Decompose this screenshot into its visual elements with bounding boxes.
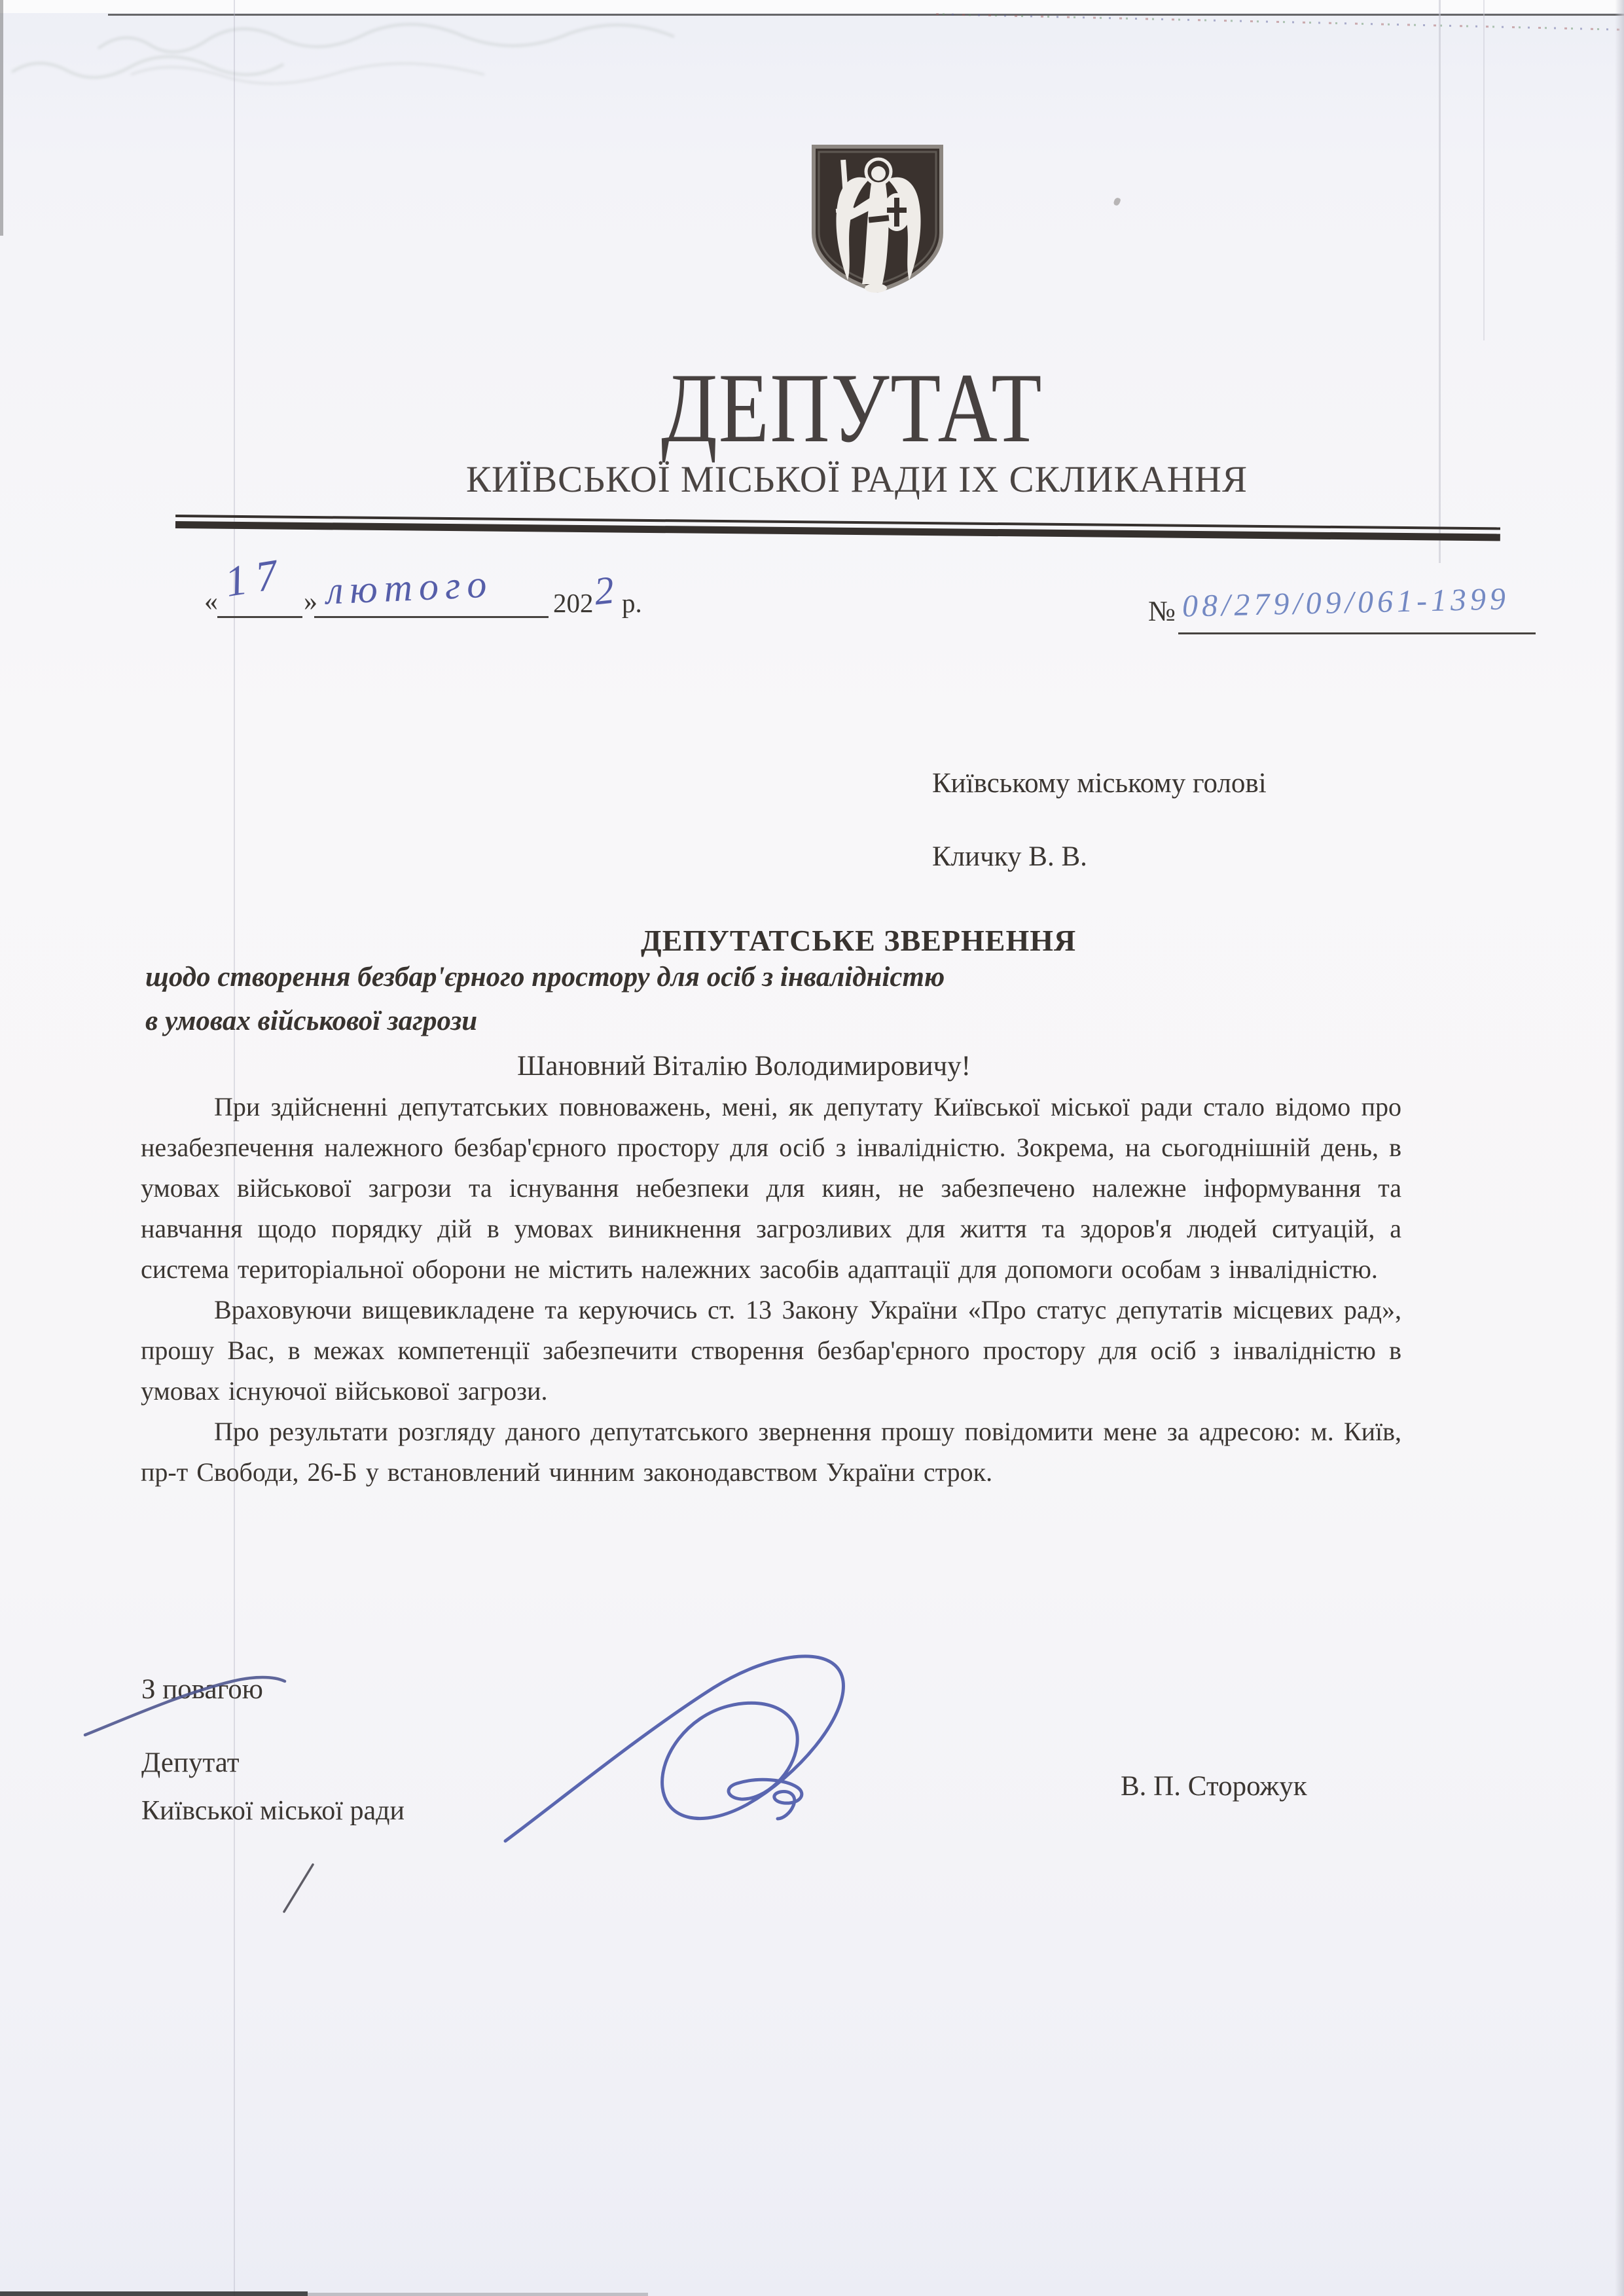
divider-thick-line — [175, 521, 1500, 541]
letterhead-subtitle: КИЇВСЬКОЇ МІСЬКОЇ РАДИ ІХ СКЛИКАННЯ — [466, 458, 1248, 501]
body-paragraph-1: При здійсненні депутатських повноважень,… — [141, 1087, 1401, 1290]
scan-right-edge-shade — [1615, 0, 1624, 2296]
subject-line-2: в умовах військової загрози — [145, 1005, 477, 1037]
body-paragraph-3: Про результати розгляду даного депутатсь… — [141, 1412, 1401, 1493]
subject-line-1: щодо створення безбар'єрного простору дл… — [145, 961, 945, 993]
letterhead-title: ДЕПУТАТ — [661, 351, 1043, 465]
addressee-name: Кличку В. В. — [932, 841, 1087, 873]
handwritten-registration-number: 08/279/09/061-1399 — [1182, 581, 1509, 624]
pen-flourish-under-regards — [79, 1664, 295, 1743]
salutation: Шановний Віталію Володимировичу! — [517, 1050, 971, 1082]
date-day-underline — [217, 616, 302, 618]
kyiv-emblem-icon — [808, 141, 947, 296]
date-close-quote: » — [304, 586, 317, 617]
handwritten-day: 17 — [222, 549, 291, 608]
signer-position-line-1: Депутат — [141, 1747, 240, 1779]
number-underline — [1178, 632, 1536, 634]
handwritten-year-digit: 2 — [592, 568, 616, 615]
number-sign: № — [1148, 594, 1176, 628]
document-type-heading: ДЕПУТАТСЬКЕ ЗВЕРНЕННЯ — [641, 923, 1076, 958]
year-suffix: р. — [622, 587, 642, 619]
signer-position-line-2: Київської міської ради — [141, 1795, 405, 1827]
handwritten-signature — [497, 1625, 857, 1851]
letterhead-divider — [175, 515, 1500, 541]
signer-name: В. П. Сторожук — [1121, 1770, 1307, 1802]
letter-body: При здійсненні депутатських повноважень,… — [141, 1087, 1401, 1493]
body-paragraph-2: Враховуючи вищевикладене та керуючись ст… — [141, 1290, 1401, 1412]
scanned-letter-page: ДЕПУТАТ КИЇВСЬКОЇ МІСЬКОЇ РАДИ ІХ СКЛИКА… — [0, 0, 1624, 2296]
scan-bottom-edge — [0, 2291, 308, 2296]
date-open-quote: « — [204, 586, 218, 617]
kyiv-coat-of-arms — [808, 141, 947, 296]
scan-noise-dotted-line — [936, 13, 1623, 31]
addressee-position: Київському міському голові — [932, 767, 1267, 799]
scan-left-edge-shadow — [0, 0, 3, 236]
scan-streak — [1439, 0, 1441, 563]
printed-year: 202 — [553, 587, 594, 619]
date-month-underline — [314, 616, 549, 618]
handwritten-month: лютого — [325, 561, 494, 613]
bleed-through-marks — [7, 39, 288, 111]
scan-speck — [1113, 197, 1121, 206]
scan-streak — [1483, 0, 1485, 340]
pen-tick-mark — [275, 1859, 321, 1918]
scan-bottom-edge-fade — [308, 2293, 648, 2296]
